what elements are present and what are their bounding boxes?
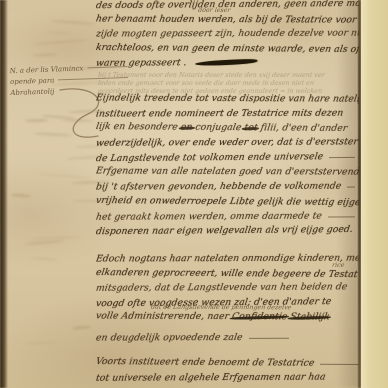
text-line: waren gepasseert . (96, 55, 359, 71)
faint-text-line: accordeert mits desen te niet gedaen end… (98, 87, 356, 95)
text-line: tot universele en algehele Erfgenamen na… (96, 369, 359, 385)
text-line: mitsgaders, dat de Langstlevende van hen… (96, 279, 359, 295)
faint-text-line: bij t Testament voor den Notaris deser s… (98, 71, 356, 79)
text-line: en deugdelijk opvoedende zale (96, 329, 359, 344)
ink-text: Voorts institueert ende benoemt de Testa… (96, 356, 315, 369)
filler-stroke (347, 187, 355, 188)
adjacent-page (361, 0, 388, 388)
bleed-mark (32, 53, 56, 56)
bold-ink-flourish (195, 59, 257, 67)
superscript-insertion: rice (332, 261, 345, 268)
ink-text: elkanderen geprocreeert, wille ende bege… (96, 266, 359, 279)
ink-text: Erfgename van alle natelaten goed van d'… (96, 166, 359, 178)
ink-text: krachteloos, en van geen de minste waard… (96, 42, 359, 55)
bleed-mark (38, 173, 93, 179)
paragraph: Eijndelijk treedende tot vaste dispositi… (96, 91, 359, 238)
faint-interlined-clause: bij t Testament voor den Notaris deser s… (98, 71, 356, 95)
ink-text: disponeren naar eigen welgevallen als vr… (96, 224, 354, 237)
text-line: disponeren naar eigen welgevallen als vr… (96, 222, 359, 239)
ink-text: en deugdelijk opvoedende zale (96, 331, 243, 343)
faint-text-line: leden ende gemaect voor soo veele die da… (98, 79, 356, 87)
paragraph: Edoch nogtans haar natelaten onmondige k… (96, 251, 359, 344)
text-line: Edoch nogtans haar natelaten onmondige k… (96, 251, 359, 266)
bleed-mark (31, 236, 81, 239)
ink-text: tot universele en algehele Erfgenamen na… (96, 371, 326, 383)
manuscript-scan: des doods ofte overlijden den anderen, g… (0, 0, 388, 388)
ink-text: wederzijdelijk, over ende weder over, da… (96, 136, 359, 149)
left-edge-shadow (0, 0, 8, 388)
text-line: volle Administrerende, naer Confidentie … (96, 308, 359, 324)
ink-text: Edoch nogtans haar natelaten onmondige k… (96, 252, 359, 264)
strike-mark: en (180, 122, 193, 133)
bleed-mark (73, 199, 118, 202)
ink-text: her benaamt houden werden, als bij de Te… (96, 13, 359, 25)
filler-stroke (249, 337, 289, 338)
ink-text: de Langstlevende tot volkomen ende unive… (96, 151, 324, 164)
strike-mark: Stabilijk (289, 311, 330, 322)
text-line: vrijheid en onwederroepele Libte gelijk … (96, 193, 359, 210)
filler-stroke (320, 364, 359, 365)
bleed-mark (47, 31, 73, 33)
bleed-mark (30, 257, 57, 261)
filler-stroke (329, 156, 355, 157)
bleed-mark (33, 39, 89, 45)
ink-text: institueert ende nomineert de Testatrice… (96, 107, 344, 119)
text-line: Erfgename van alle natelaten goed van d'… (96, 164, 359, 180)
bleed-mark (72, 325, 91, 329)
ink-text: bij 't afsterven gevonden, hebbende de v… (96, 181, 342, 193)
ink-text: mitsgaders, dat de Langstlevende van hen… (96, 281, 348, 293)
paragraph: des doods ofte overlijden den anderen, g… (96, 0, 359, 70)
ink-text: volle Administrerende, naer Confidentie … (96, 310, 331, 322)
ink-text: vrijheid en onwederroepele Libte gelijk … (96, 195, 359, 208)
strike-mark: Confidentie (231, 311, 288, 322)
ink-text: zijde mogten gepasseert zijn, houdende d… (96, 27, 359, 39)
text-line: wederzijdelijk, over ende weder over, da… (96, 134, 359, 150)
bleed-mark (25, 341, 58, 345)
text-line: Voorts institueert ende benoemt de Testa… (96, 354, 359, 371)
main-text-column: des doods ofte overlijden den anderen, g… (96, 0, 359, 388)
bleed-mark (51, 19, 95, 25)
bleed-mark (11, 194, 31, 198)
strike-mark: tot (244, 122, 259, 133)
superscript-insertion: door leser (198, 6, 231, 13)
text-line: zijde mogten gepasseert zijn, houdende d… (96, 26, 359, 42)
superscript-insertion: dat de Langstlevende de penningen dezelv… (151, 304, 292, 312)
text-line: bij 't afsterven gevonden, hebbende de v… (96, 179, 359, 195)
filler-stroke (328, 216, 355, 217)
margin-note-underline (58, 77, 128, 80)
bleed-mark (25, 119, 49, 123)
ink-text: het geraakt komen werden, omme daarmede … (96, 210, 323, 222)
text-line: her benaamt houden werden, als bij de Te… (96, 11, 359, 27)
bleed-mark (24, 240, 65, 246)
paragraph: Voorts institueert ende benoemt de Testa… (96, 355, 359, 385)
ink-text: lijk en besondere en conjugale tot filii… (96, 121, 348, 134)
